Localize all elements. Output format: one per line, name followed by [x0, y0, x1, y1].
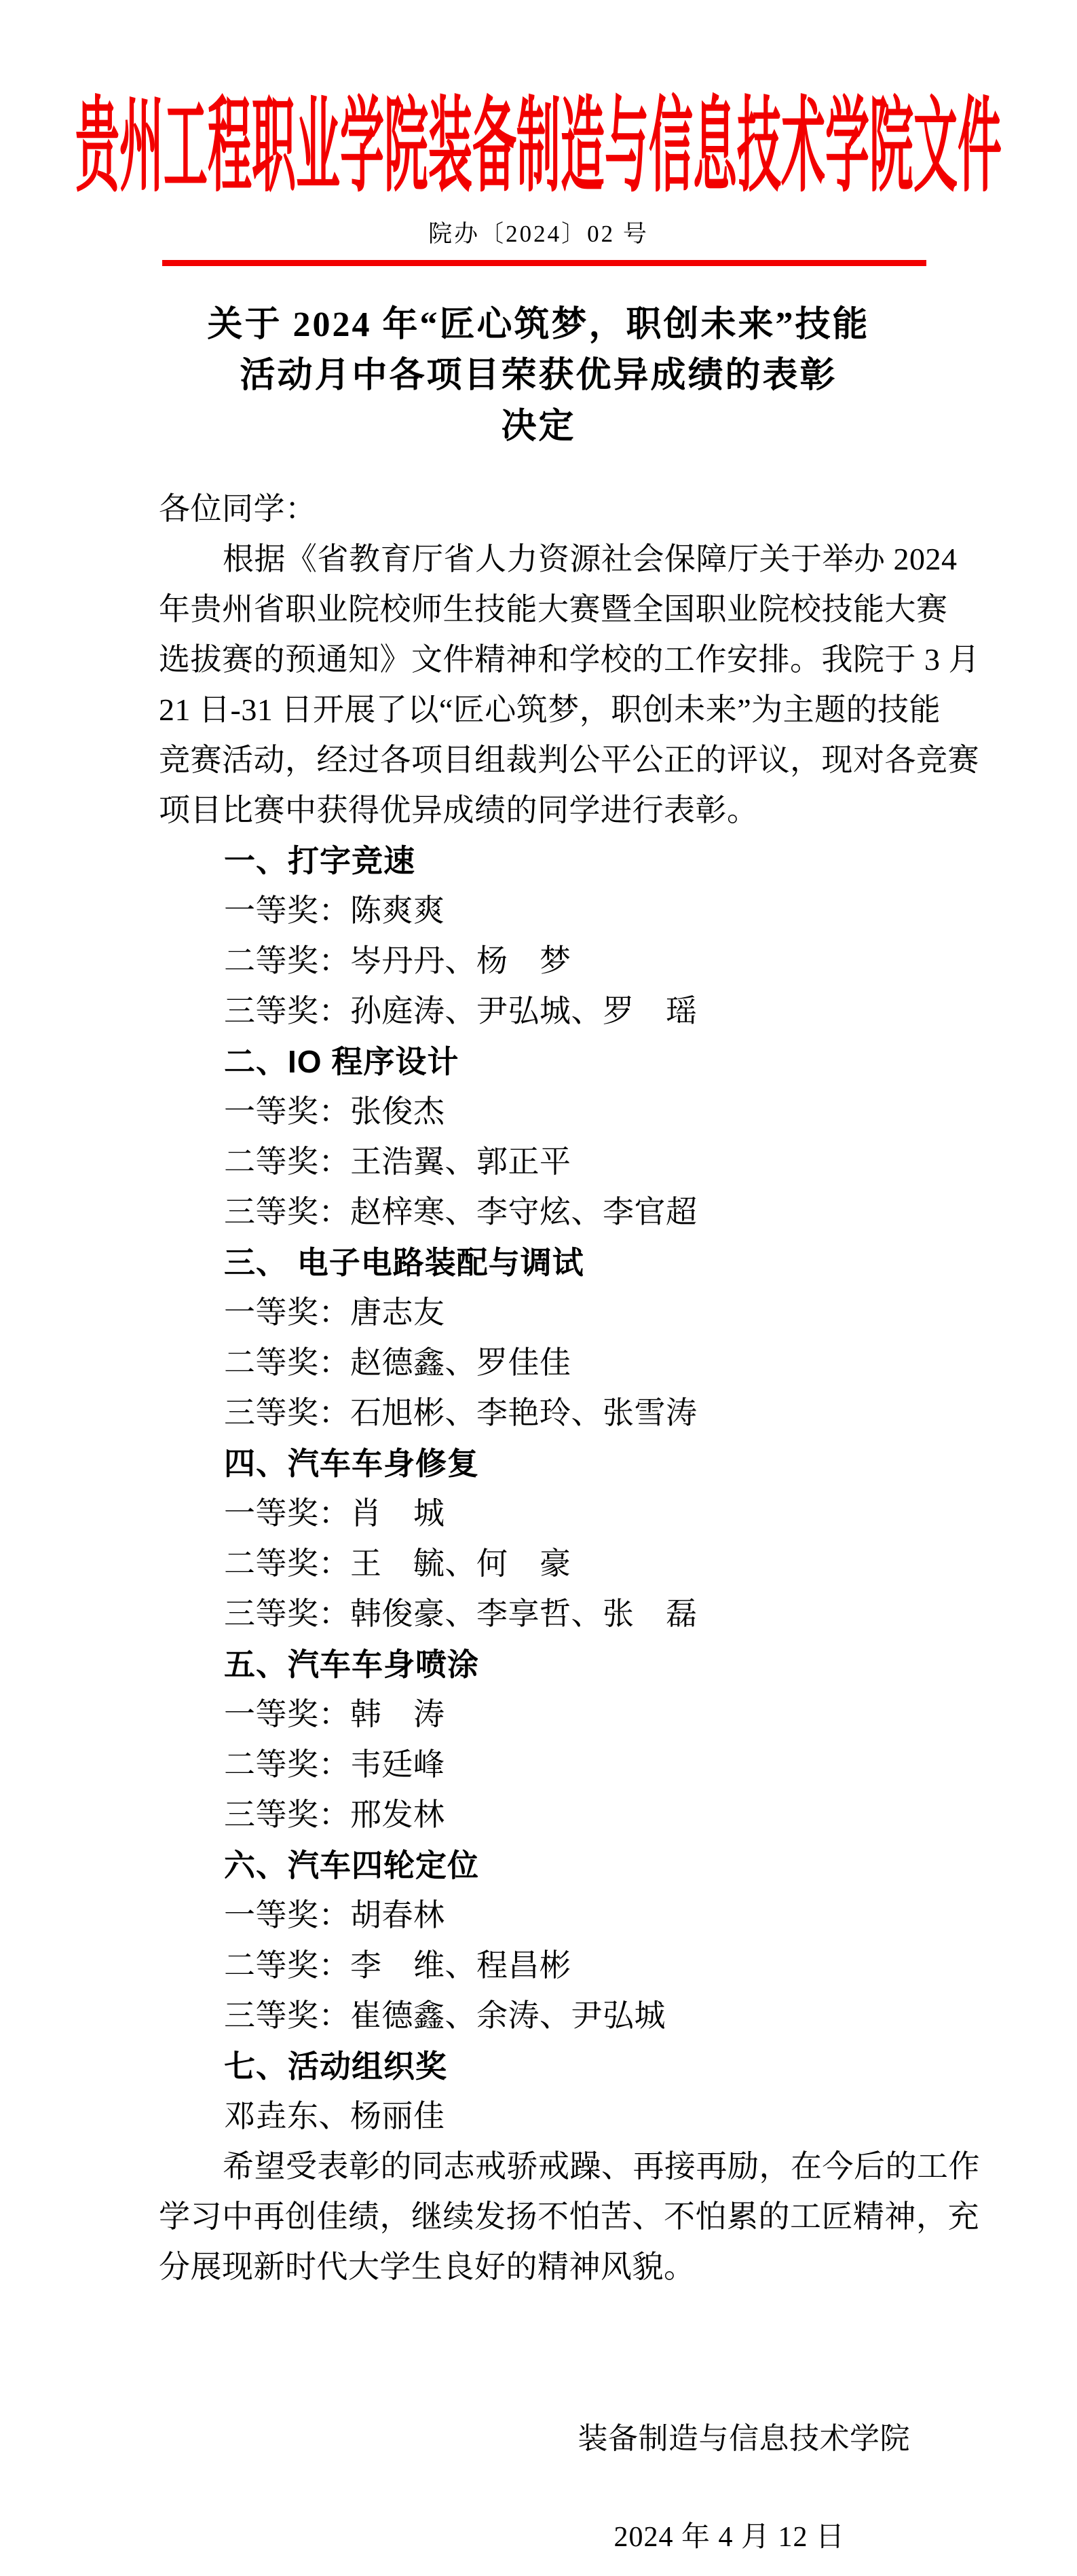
body-line: 二等奖：岑丹丹、杨 梦	[159, 936, 920, 986]
body-line: 项目比赛中获得优异成绩的同学进行表彰。	[159, 785, 920, 836]
body-line: 三等奖：石旭彬、李艳玲、张雪涛	[159, 1388, 920, 1438]
body-line: 二等奖：王 毓、何 豪	[159, 1539, 920, 1589]
red-divider-rule	[162, 260, 926, 266]
body-line: 三等奖：邢发林	[159, 1790, 920, 1840]
body-line: 一等奖：陈爽爽	[159, 886, 920, 936]
body-line: 学习中再创佳绩，继续发扬不怕苦、不怕累的工匠精神，充	[159, 2192, 920, 2242]
section-heading: 五、汽车车身喷涂	[159, 1639, 920, 1690]
document-title-line: 关于 2024 年“匠心筑梦，职创未来”技能	[0, 299, 1077, 350]
body-line: 竞赛活动，经过各项目组裁判公平公正的评议，现对各竞赛	[159, 735, 920, 785]
signature-org: 装备制造与信息技术学院	[578, 2414, 911, 2464]
section-heading: 三、 电子电路装配与调试	[159, 1237, 920, 1288]
body-line: 三等奖：孙庭涛、尹弘城、罗 瑶	[159, 986, 920, 1037]
body-line: 三等奖：赵梓寒、李守炫、李官超	[159, 1187, 920, 1237]
body-line: 根据《省教育厅省人力资源社会保障厅关于举办 2024	[159, 534, 920, 584]
body-line: 一等奖：张俊杰	[159, 1087, 920, 1137]
document-title-line: 活动月中各项目荣获优异成绩的表彰	[0, 350, 1077, 401]
body-line: 邓垚东、杨丽佳	[159, 2091, 920, 2142]
section-heading: 二、IO 程序设计	[159, 1037, 920, 1087]
letterhead-org-title: 贵州工程职业学院装备制造与信息技术学院文件	[75, 62, 1002, 212]
body-line: 一等奖：胡春林	[159, 1890, 920, 1941]
body-line: 一等奖：韩 涛	[159, 1690, 920, 1740]
body-line: 二等奖：李 维、程昌彬	[159, 1941, 920, 1991]
body-line: 二等奖：赵德鑫、罗佳佳	[159, 1338, 920, 1388]
document-number: 院办〔2024〕02 号	[0, 219, 1077, 250]
document-page: 贵州工程职业学院装备制造与信息技术学院文件 院办〔2024〕02 号 关于 20…	[0, 0, 1077, 2576]
section-heading: 四、汽车车身修复	[159, 1438, 920, 1489]
section-heading: 六、汽车四轮定位	[159, 1840, 920, 1890]
section-heading: 七、活动组织奖	[159, 2041, 920, 2091]
body-line: 分展现新时代大学生良好的精神风貌。	[159, 2242, 920, 2292]
body-line: 选拔赛的预通知》文件精神和学校的工作安排。我院于 3 月	[159, 635, 920, 685]
body-line: 21 日-31 日开展了以“匠心筑梦，职创未来”为主题的技能	[159, 685, 920, 735]
signature-date: 2024 年 4 月 12 日	[613, 2512, 845, 2562]
body-line: 二等奖：王浩翼、郭正平	[159, 1137, 920, 1187]
body-line: 一等奖：唐志友	[159, 1288, 920, 1338]
document-body: 各位同学：根据《省教育厅省人力资源社会保障厅关于举办 2024年贵州省职业院校师…	[159, 484, 920, 2292]
body-line: 各位同学：	[159, 484, 920, 534]
body-line: 三等奖：崔德鑫、余涛、尹弘城	[159, 1991, 920, 2041]
document-title-line: 决定	[0, 401, 1077, 452]
body-line: 二等奖：韦廷峰	[159, 1740, 920, 1790]
document-title: 关于 2024 年“匠心筑梦，职创未来”技能 活动月中各项目荣获优异成绩的表彰 …	[0, 299, 1077, 452]
letterhead: 贵州工程职业学院装备制造与信息技术学院文件	[0, 80, 1077, 194]
section-heading: 一、打字竞速	[159, 836, 920, 886]
body-line: 三等奖：韩俊豪、李享哲、张 磊	[159, 1589, 920, 1639]
body-line: 一等奖：肖 城	[159, 1489, 920, 1539]
body-line: 希望受表彰的同志戒骄戒躁、再接再励，在今后的工作	[159, 2142, 920, 2192]
body-line: 年贵州省职业院校师生技能大赛暨全国职业院校技能大赛	[159, 584, 920, 635]
